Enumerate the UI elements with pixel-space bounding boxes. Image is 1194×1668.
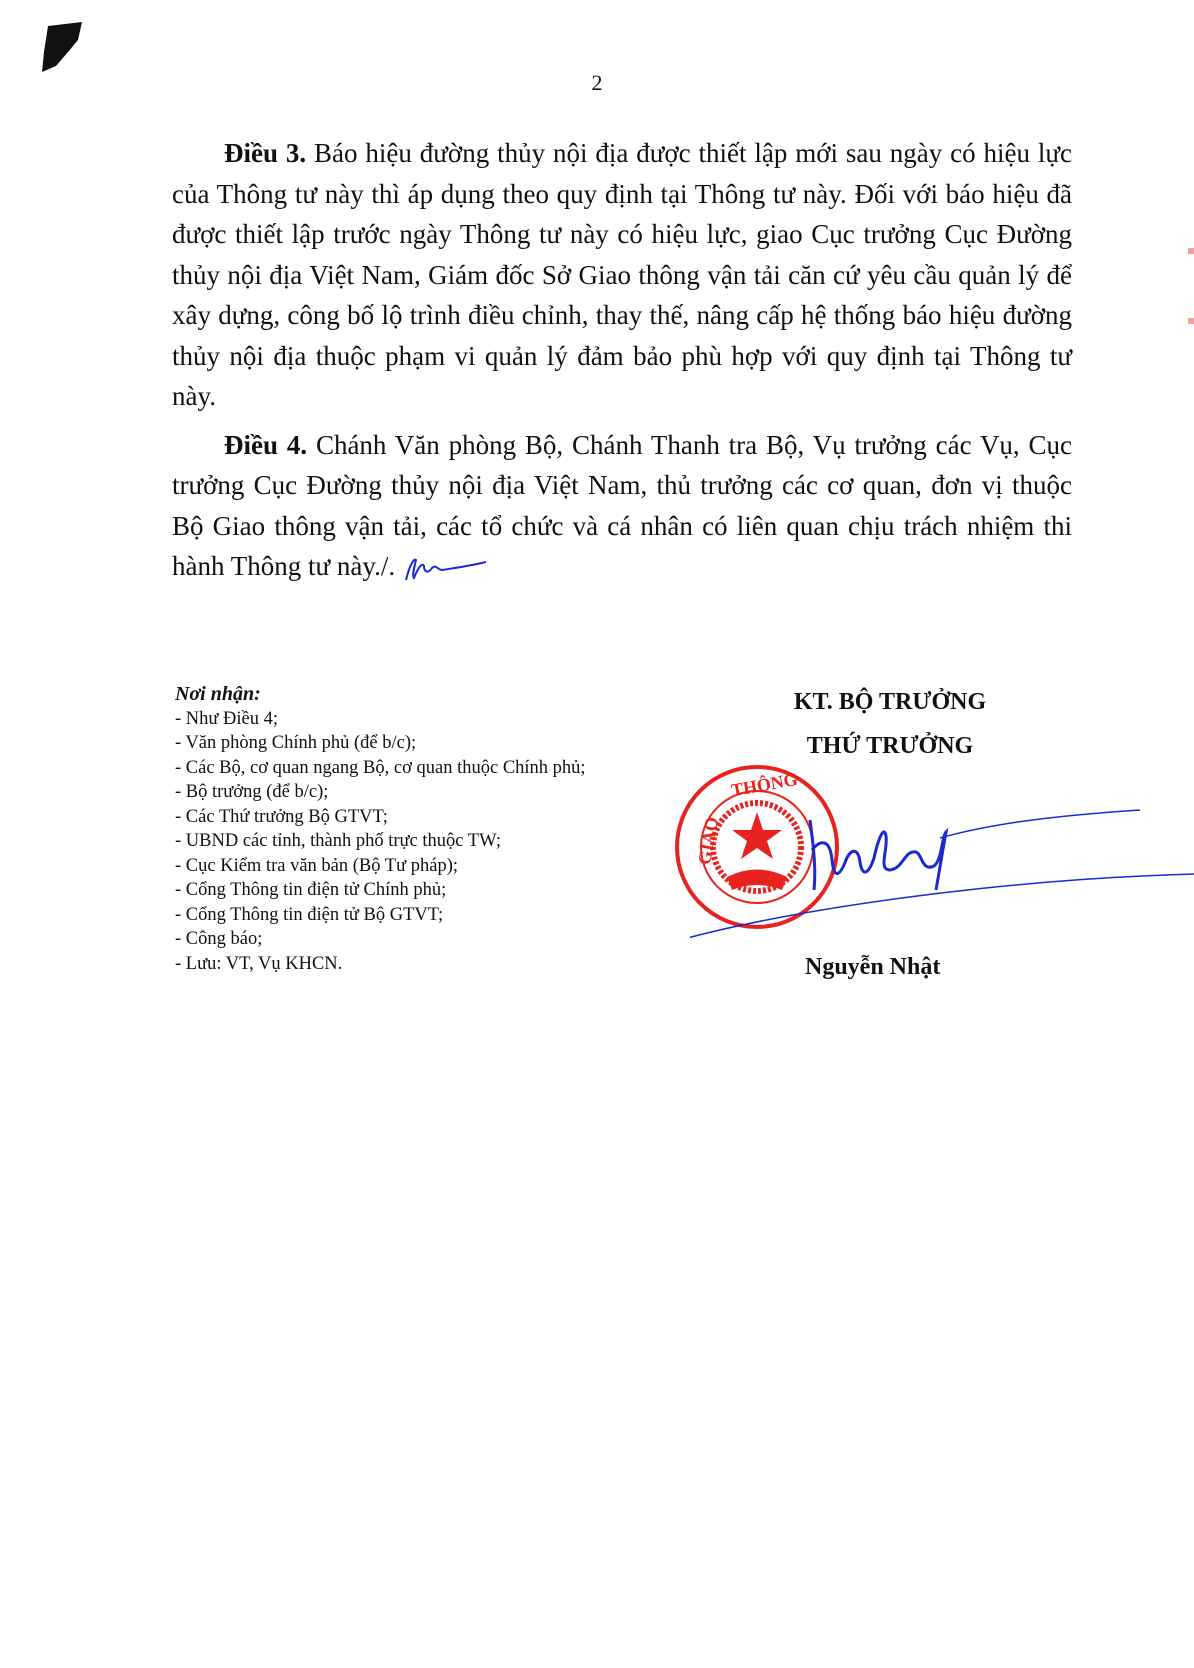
initial-signature-icon xyxy=(402,554,488,584)
page-number: 2 xyxy=(0,70,1194,96)
recipient-item: - Bộ trưởng (để b/c); xyxy=(175,780,586,805)
handwritten-signature-icon xyxy=(690,780,1194,950)
scan-edge-mark xyxy=(1188,248,1194,254)
article-4-label: Điều 4. xyxy=(224,430,307,460)
article-4-text: Chánh Văn phòng Bộ, Chánh Thanh tra Bộ, … xyxy=(172,430,1072,582)
scan-edge-mark xyxy=(1188,318,1194,324)
recipient-item: - Công báo; xyxy=(175,927,586,952)
document-body: Điều 3. Báo hiệu đường thủy nội địa được… xyxy=(172,133,1072,595)
signer-block: KT. BỘ TRƯỞNG THỨ TRƯỞNG xyxy=(740,680,1040,768)
scan-artifact xyxy=(38,22,86,74)
recipient-item: - Văn phòng Chính phủ (để b/c); xyxy=(175,731,586,756)
recipients-title: Nơi nhận: xyxy=(175,682,586,707)
article-3: Điều 3. Báo hiệu đường thủy nội địa được… xyxy=(172,133,1072,417)
recipients-block: Nơi nhận: - Như Điều 4; - Văn phòng Chín… xyxy=(175,682,586,976)
recipient-item: - UBND các tỉnh, thành phố trực thuộc TW… xyxy=(175,829,586,854)
recipient-item: - Như Điều 4; xyxy=(175,707,586,732)
article-4: Điều 4. Chánh Văn phòng Bộ, Chánh Thanh … xyxy=(172,425,1072,587)
recipient-item: - Các Bộ, cơ quan ngang Bộ, cơ quan thuộ… xyxy=(175,756,586,781)
recipient-item: - Lưu: VT, Vụ KHCN. xyxy=(175,952,586,977)
article-3-text: Báo hiệu đường thủy nội địa được thiết l… xyxy=(172,138,1072,411)
article-3-label: Điều 3. xyxy=(224,138,306,168)
recipient-item: - Cổng Thông tin điện tử Chính phủ; xyxy=(175,878,586,903)
signer-title-line1: KT. BỘ TRƯỞNG xyxy=(740,680,1040,724)
signer-name: Nguyễn Nhật xyxy=(805,954,940,981)
recipient-item: - Cục Kiểm tra văn bản (Bộ Tư pháp); xyxy=(175,854,586,879)
recipient-item: - Các Thứ trưởng Bộ GTVT; xyxy=(175,805,586,830)
recipients-list: - Như Điều 4; - Văn phòng Chính phủ (để … xyxy=(175,707,586,977)
recipient-item: - Cổng Thông tin điện tử Bộ GTVT; xyxy=(175,903,586,928)
